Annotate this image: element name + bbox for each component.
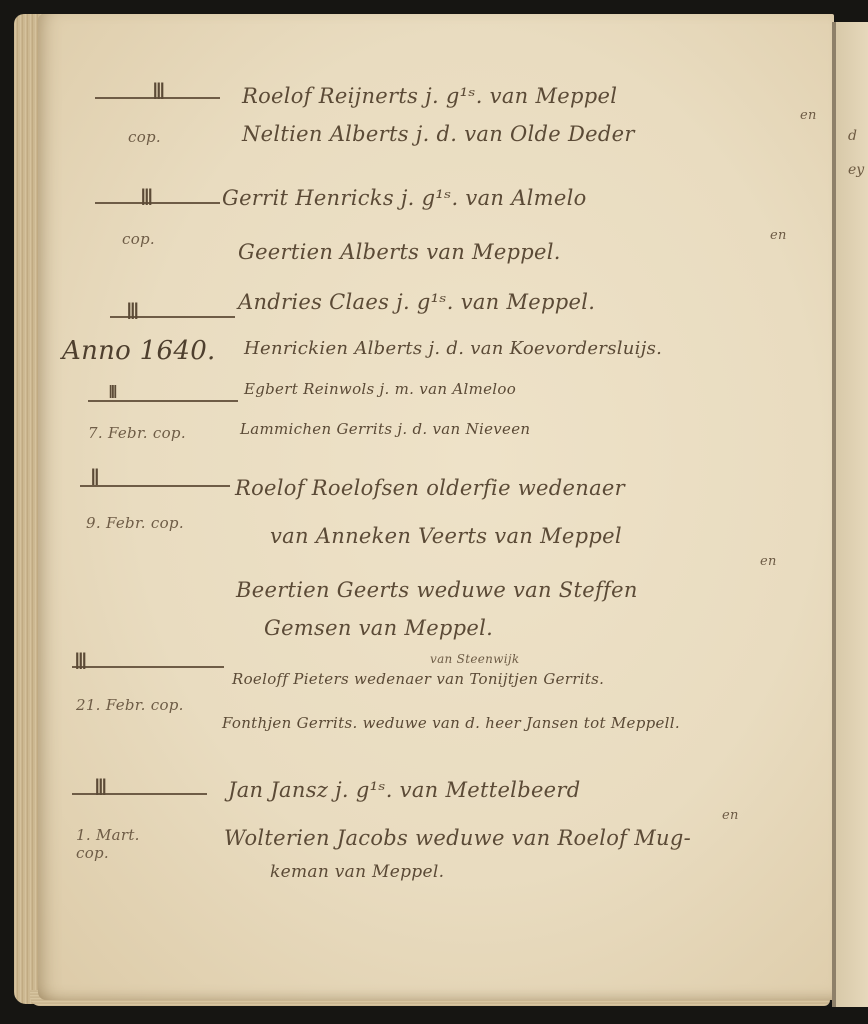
- bride-line: Beertien Geerts weduwe van Steffen: [236, 578, 638, 602]
- tally-line: [95, 202, 220, 204]
- margin-note: 21. Febr. cop.: [76, 696, 184, 714]
- manuscript-page: [38, 14, 834, 1000]
- groom-line-continued: van Anneken Veerts van Meppel: [270, 524, 622, 548]
- interlinear-insertion: van Steenwijk: [430, 652, 519, 666]
- groom-line: Roeloff Pieters wedenaer van Tonijtjen G…: [232, 670, 604, 688]
- margin-note: 7. Febr. cop.: [88, 424, 186, 442]
- margin-note: cop.: [122, 230, 155, 248]
- groom-line: Gerrit Henricks j. g¹ˢ. van Almelo: [222, 186, 587, 210]
- margin-note: cop.: [128, 128, 161, 146]
- groom-line: Jan Jansz j. g¹ˢ. van Mettelbeerd: [228, 778, 580, 802]
- tally-marks: III: [152, 80, 162, 105]
- margin-note: 1. Mart. cop.: [76, 826, 156, 862]
- tally-marks: II: [90, 466, 97, 491]
- groom-line: Roelof Roelofsen olderfie wedenaer: [235, 476, 625, 500]
- tally-line: [80, 485, 230, 487]
- next-page-mark: d: [848, 128, 857, 144]
- next-page-mark: ey: [848, 162, 864, 178]
- margin-note: 9. Febr. cop.: [86, 514, 184, 532]
- bride-line: Geertien Alberts van Meppel.: [238, 240, 561, 264]
- bride-line: Neltien Alberts j. d. van Olde Deder: [242, 122, 635, 146]
- bride-line: Henrickien Alberts j. d. van Koevordersl…: [244, 338, 662, 359]
- tally-marks: III: [74, 650, 84, 675]
- bride-line-continued: Gemsen van Meppel.: [264, 616, 493, 640]
- conjunction-en: en: [722, 808, 739, 823]
- groom-line: Egbert Reinwols j. m. van Almeloo: [244, 380, 516, 398]
- bride-line: Lammichen Gerrits j. d. van Nieveen: [240, 420, 530, 438]
- conjunction-en: en: [800, 108, 817, 123]
- bride-line-continued: keman van Meppel.: [270, 862, 444, 882]
- groom-line: Andries Claes j. g¹ˢ. van Meppel.: [238, 290, 595, 314]
- bride-line: Fonthjen Gerrits. weduwe van d. heer Jan…: [222, 714, 680, 732]
- groom-line: Roelof Reijnerts j. g¹ˢ. van Meppel: [242, 84, 617, 108]
- tally-marks: III: [94, 776, 104, 801]
- tally-marks: III: [126, 300, 136, 325]
- tally-marks: III: [108, 382, 115, 403]
- conjunction-en: en: [760, 554, 777, 569]
- tally-line: [72, 793, 207, 795]
- year-annotation: Anno 1640.: [62, 336, 216, 366]
- bride-line: Wolterien Jacobs weduwe van Roelof Mug-: [224, 826, 691, 850]
- tally-line: [72, 666, 224, 668]
- conjunction-en: en: [770, 228, 787, 243]
- tally-marks: III: [140, 186, 150, 211]
